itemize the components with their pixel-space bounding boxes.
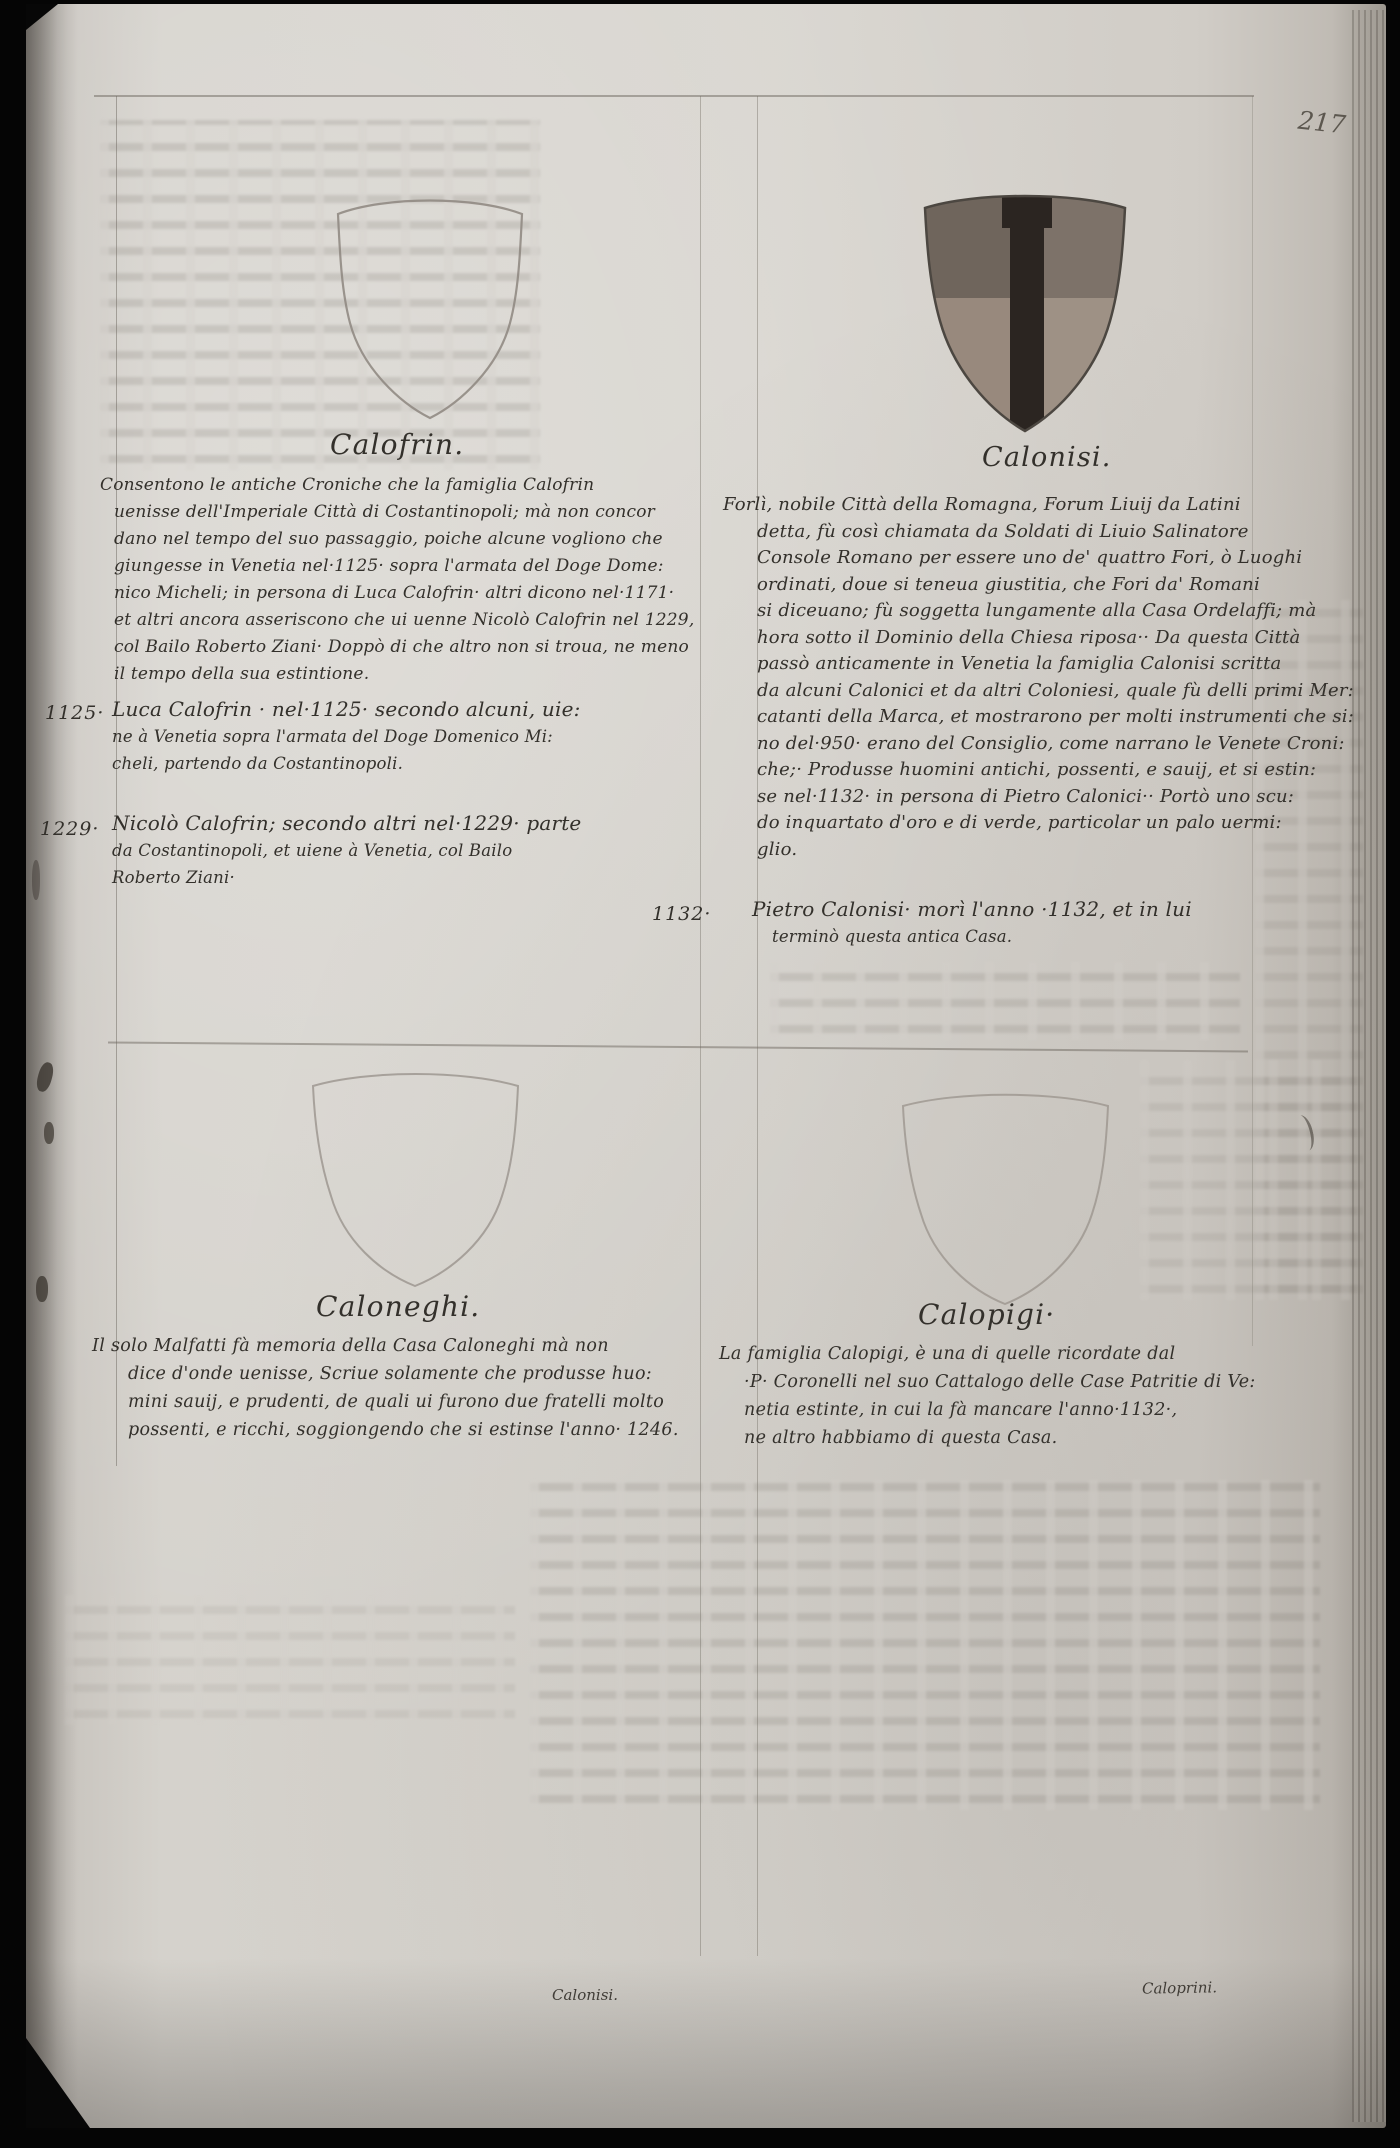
text-line: ne altro habbiamo di questa Casa. (744, 1424, 1256, 1452)
rule-line (94, 95, 1254, 97)
page-number: 217 (1297, 106, 1347, 140)
binding-mark (32, 860, 40, 900)
text-line: dano nel tempo del suo passaggio, poiche… (114, 526, 694, 553)
calofrin-paragraph: Consentono le antiche Croniche che la fa… (114, 472, 694, 688)
text-line: Consentono le antiche Croniche che la fa… (100, 472, 694, 499)
caloneghi-empty-shield-icon (298, 1056, 533, 1296)
text-line: La famiglia Calopigi, è una di quelle ri… (719, 1340, 1256, 1368)
text-line: possenti, e ricchi, soggiongendo che si … (128, 1416, 679, 1444)
manuscript-scan: 217 Calofrin. Consentono le antiche Cron… (0, 0, 1400, 2148)
text-line: da alcuni Calonici et da altri Coloniesi… (757, 678, 1354, 705)
section-heading-calonisi: Calonisi. (982, 442, 1112, 473)
calonisi-quartered-shield-icon (910, 186, 1140, 446)
binding-mark (36, 1276, 48, 1302)
section-heading-calopigi: Calopigi· (918, 1298, 1055, 1331)
catchword-left: Calonisi. (552, 1986, 618, 2004)
catchword-right: Caloprini. (1142, 1978, 1217, 1997)
bleedthrough-text (770, 962, 1240, 1040)
text-line: ·P· Coronelli nel suo Cattalogo delle Ca… (744, 1368, 1256, 1396)
text-line: no del·950· erano del Consiglio, come na… (757, 731, 1354, 758)
margin-entry-nicolo-calofrin: Nicolò Calofrin; secondo altri nel·1229·… (112, 810, 581, 891)
text-line: hora sotto il Dominio della Chiesa ripos… (757, 625, 1354, 652)
text-line: passò anticamente in Venetia la famiglia… (757, 651, 1354, 678)
text-line: cheli, partendo da Costantinopoli. (112, 750, 581, 777)
text-line: se nel·1132· in persona di Pietro Caloni… (757, 784, 1354, 811)
text-line: da Costantinopoli, et uiene à Venetia, c… (112, 837, 581, 864)
text-line: Console Romano per essere uno de' quattr… (757, 545, 1354, 572)
bleedthrough-text (65, 1595, 515, 1725)
calopigi-paragraph: La famiglia Calopigi, è una di quelle ri… (744, 1340, 1256, 1452)
bleedthrough-text (530, 1480, 1320, 1810)
text-line: Forlì, nobile Città della Romagna, Forum… (723, 492, 1354, 519)
text-line: che;· Produsse huomini antichi, possenti… (757, 757, 1354, 784)
caloneghi-paragraph: Il solo Malfatti fà memoria della Casa C… (128, 1332, 679, 1444)
text-line: Luca Calofrin · nel·1125· secondo alcuni… (112, 696, 581, 723)
text-line: si diceuano; fù soggetta lungamente alla… (757, 598, 1354, 625)
margin-entry-pietro-calonisi: Pietro Calonisi· morì l'anno ·1132, et i… (752, 896, 1192, 950)
bleedthrough-text (1140, 1060, 1355, 1300)
text-line: ne à Venetia sopra l'armata del Doge Dom… (112, 723, 581, 750)
text-line: mini sauij, e prudenti, de quali ui furo… (128, 1388, 679, 1416)
section-heading-caloneghi: Caloneghi. (316, 1290, 480, 1323)
text-line: dice d'onde uenisse, Scriue solamente ch… (128, 1360, 679, 1388)
text-line: terminò questa antica Casa. (772, 923, 1192, 950)
text-line: Roberto Ziani· (112, 864, 581, 891)
calonisi-paragraph: Forlì, nobile Città della Romagna, Forum… (757, 492, 1354, 863)
text-line: giungesse in Venetia nel·1125· sopra l'a… (114, 553, 694, 580)
text-line: Il solo Malfatti fà memoria della Casa C… (92, 1332, 679, 1360)
margin-entry-luca-calofrin: Luca Calofrin · nel·1125· secondo alcuni… (112, 696, 581, 777)
text-line: netia estinte, in cui la fà mancare l'an… (744, 1396, 1256, 1424)
binding-mark (44, 1122, 54, 1144)
calofrin-empty-shield-icon (320, 188, 540, 428)
section-heading-calofrin: Calofrin. (330, 428, 464, 461)
text-line: Nicolò Calofrin; secondo altri nel·1229·… (112, 810, 581, 837)
calopigi-empty-shield-icon (888, 1078, 1123, 1313)
text-line: nico Micheli; in persona di Luca Calofri… (114, 580, 694, 607)
text-line: catanti della Marca, et mostrarono per m… (757, 704, 1354, 731)
text-line: Pietro Calonisi· morì l'anno ·1132, et i… (752, 896, 1192, 923)
margin-year: 1125· (45, 702, 104, 724)
text-line: col Bailo Roberto Ziani· Doppò di che al… (114, 634, 694, 661)
text-line: uenisse dell'Imperiale Città di Costanti… (114, 499, 694, 526)
text-line: et altri ancora asseriscono che ui uenne… (114, 607, 694, 634)
text-line: detta, fù così chiamata da Soldati di Li… (757, 519, 1354, 546)
margin-year: 1132· (652, 903, 711, 925)
text-line: glio. (757, 837, 1354, 864)
text-line: ordinati, doue si teneua giustitia, che … (757, 572, 1354, 599)
text-line: il tempo della sua estintione. (114, 661, 694, 688)
margin-year: 1229· (40, 818, 99, 840)
text-line: do inquartato d'oro e di verde, particol… (757, 810, 1354, 837)
